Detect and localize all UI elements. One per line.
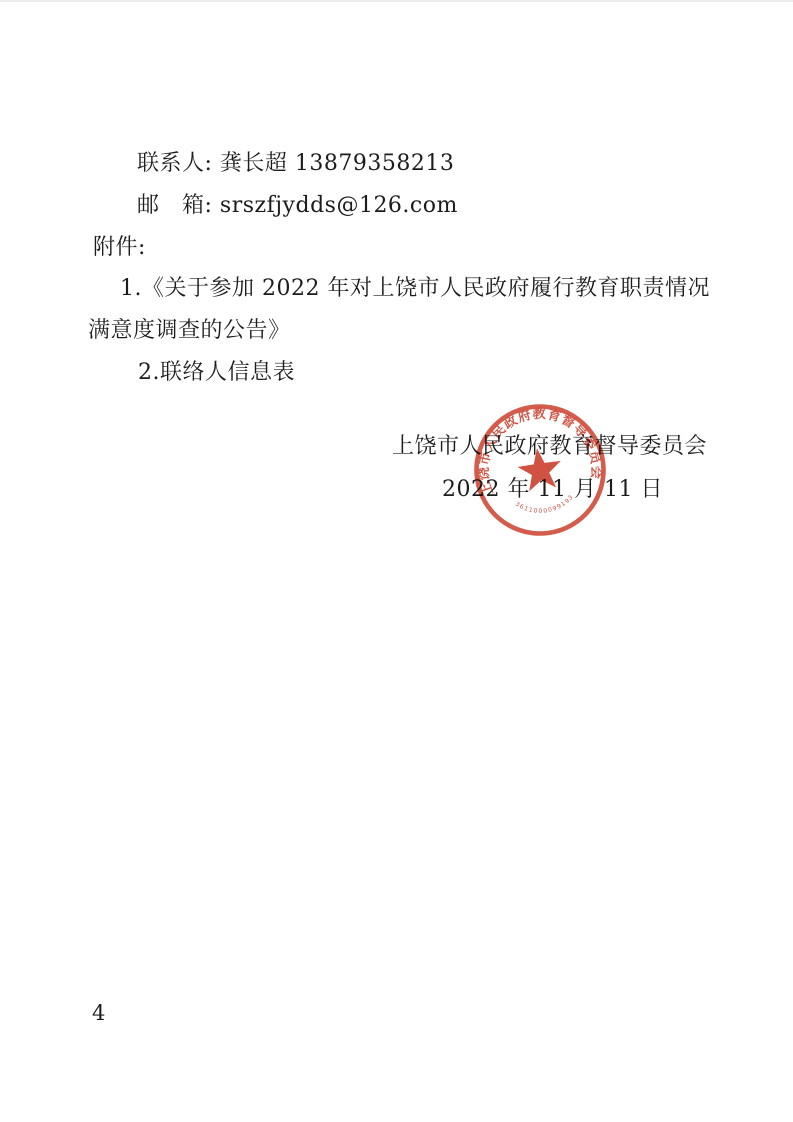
attachment-item-1-line-2: 满意度调查的公告》 [88, 318, 291, 344]
page-top-edge [0, 0, 793, 2]
svg-text:3611000099193: 3611000099193 [513, 493, 577, 519]
contact-line: 联系人: 龚长超 13879358213 [137, 151, 454, 177]
email-line: 邮 箱: srszfjydds@126.com [137, 193, 458, 219]
page-number: 4 [92, 1001, 105, 1025]
star-icon [515, 445, 564, 492]
attachment-item-2: 2.联络人信息表 [138, 360, 295, 386]
document-page: 联系人: 龚长超 13879358213 邮 箱: srszfjydds@126… [0, 0, 793, 1122]
attachment-item-1-line-1: 1.《关于参加 2022 年对上饶市人民政府履行教育职责情况 [120, 276, 710, 302]
official-seal: 上饶市人民政府教育督导委员会 3611000099193 [450, 380, 631, 561]
seal-code: 3611000099193 [513, 493, 577, 519]
attachments-heading: 附件: [93, 235, 146, 261]
